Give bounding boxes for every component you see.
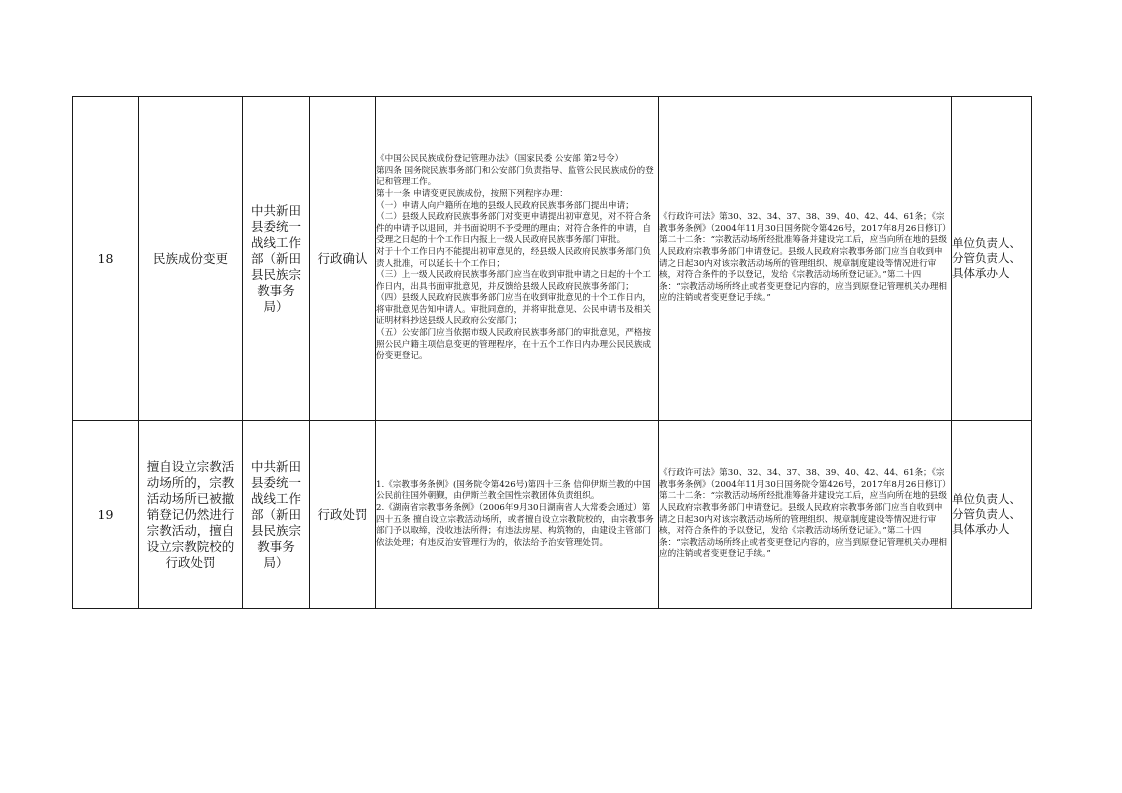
item-name: 擅自设立宗教活动场所的，宗教活动场所已被撤销登记仍然进行宗教活动，擅自设立宗教院… <box>139 421 243 609</box>
law-reference: 《行政许可法》第30、32、34、37、38、39、40、42、44、61条；《… <box>659 97 952 421</box>
responsible-persons: 单位负责人、分管负责人、具体承办人 <box>952 421 1032 609</box>
row-number: 19 <box>73 421 139 609</box>
table-row: 19 擅自设立宗教活动场所的，宗教活动场所已被撤销登记仍然进行宗教活动，擅自设立… <box>73 421 1032 609</box>
power-type: 行政处罚 <box>310 421 376 609</box>
legal-basis: 1.《宗教事务条例》(国务院令第426号)第四十三条 信仰伊斯兰教的中国公民前往… <box>376 421 659 609</box>
table-row: 18 民族成份变更 中共新田县委统一战线工作部（新田县民族宗教事务局） 行政确认… <box>73 97 1032 421</box>
row-number: 18 <box>73 97 139 421</box>
legal-basis: 《中国公民民族成份登记管理办法》（国家民委 公安部 第2号令） 第四条 国务院民… <box>376 97 659 421</box>
item-name: 民族成份变更 <box>139 97 243 421</box>
department: 中共新田县委统一战线工作部（新田县民族宗教事务局） <box>243 97 310 421</box>
law-reference: 《行政许可法》第30、32、34、37、38、39、40、42、44、61条；《… <box>659 421 952 609</box>
power-type: 行政确认 <box>310 97 376 421</box>
department: 中共新田县委统一战线工作部（新田县民族宗教事务局） <box>243 421 310 609</box>
responsible-persons: 单位负责人、分管负责人、具体承办人 <box>952 97 1032 421</box>
power-list-table: 18 民族成份变更 中共新田县委统一战线工作部（新田县民族宗教事务局） 行政确认… <box>72 96 1032 609</box>
